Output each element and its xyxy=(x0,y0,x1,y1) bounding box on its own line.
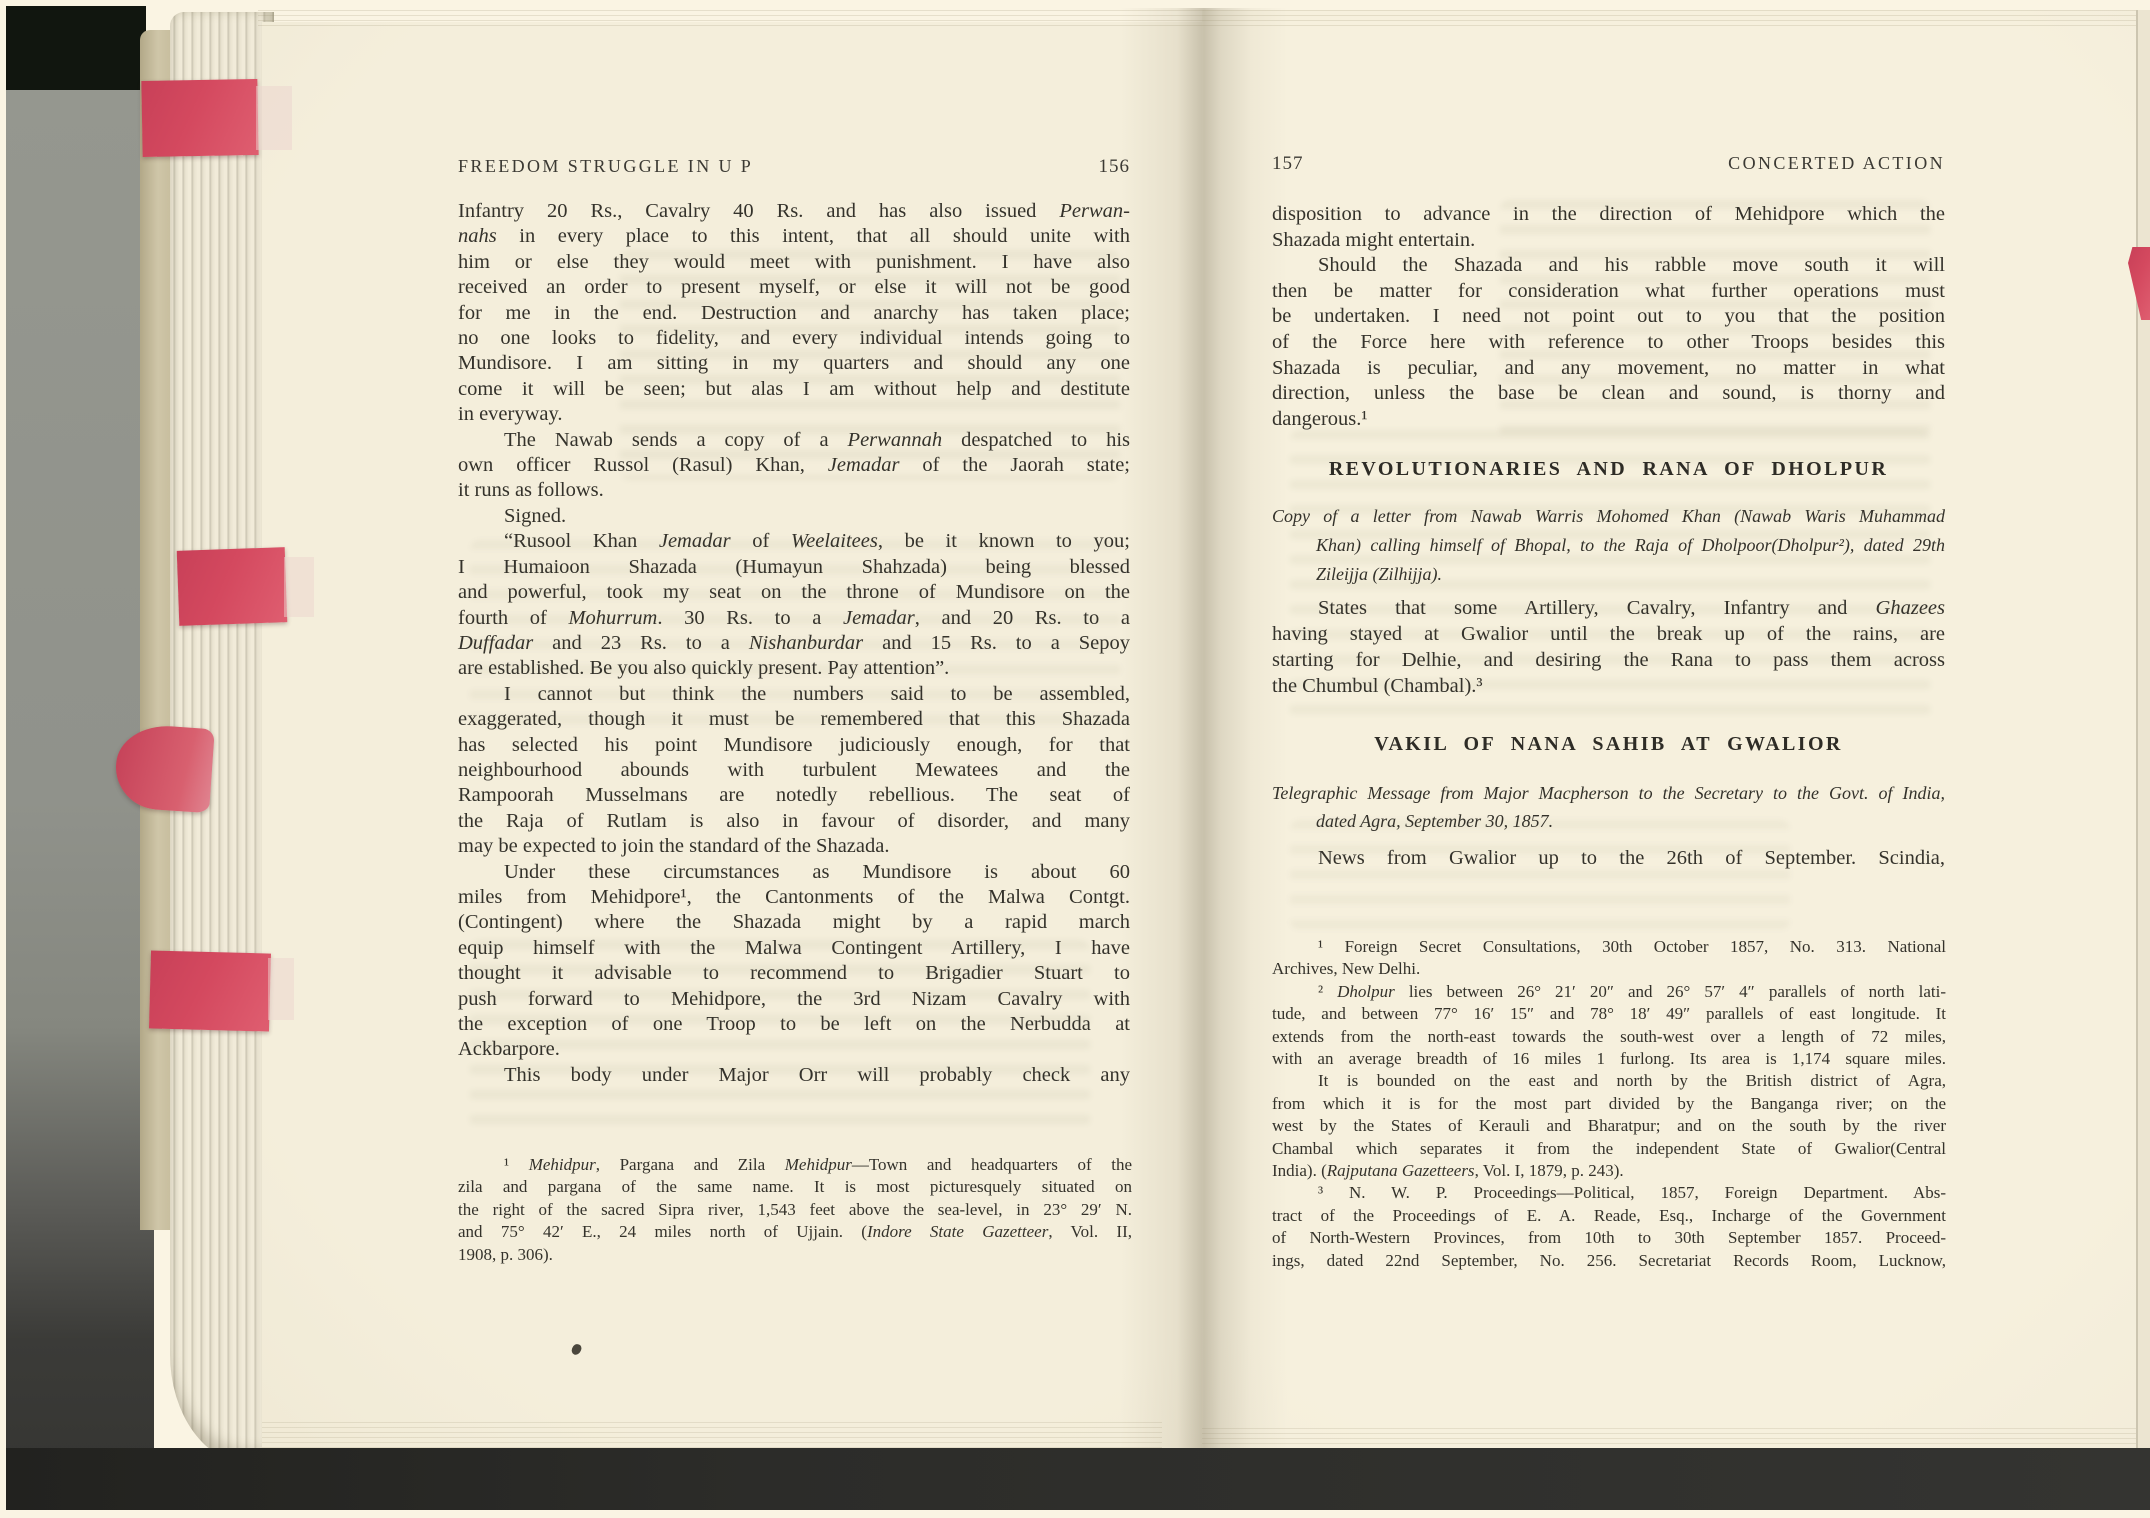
left-page-body-text: Infantry 20 Rs., Cavalry 40 Rs. and has … xyxy=(458,199,1130,1088)
bookmark-tab-4 xyxy=(149,950,271,1031)
bookmark-tab-1 xyxy=(141,79,258,157)
bookmark-tab-1-tail xyxy=(256,86,292,150)
bookmark-tab-2 xyxy=(177,547,288,626)
scanner-black-corner xyxy=(6,6,146,94)
right-page-outer-edge xyxy=(2136,10,2150,1458)
running-head-right: CONCERTED ACTION xyxy=(1728,153,1945,174)
page-bottom-edges-left xyxy=(262,1418,1162,1448)
page-bottom-edges-right xyxy=(1202,1424,2142,1450)
page-top-edges xyxy=(258,10,2142,28)
page-gutter-shadow xyxy=(1120,8,1288,1454)
left-page-header: FREEDOM STRUGGLE IN U P 156 xyxy=(458,156,1130,178)
page-number-left: 156 xyxy=(1099,156,1131,178)
book-scan: FREEDOM STRUGGLE IN U P 156 Infantry 20 … xyxy=(0,0,2150,1518)
right-page-body-text: disposition to advance in the direction … xyxy=(1272,202,1945,432)
citation-telegraphic-message: Telegraphic Message from Major Macpherso… xyxy=(1272,779,1945,835)
bookmark-tab-4-tail xyxy=(268,958,294,1020)
section-heading-revolutionaries: REVOLUTIONARIES AND RANA OF DHOLPUR xyxy=(1272,458,1945,481)
show-through-text xyxy=(1290,820,1790,930)
right-page-body-text-3: News from Gwalior up to the 26th of Sept… xyxy=(1272,845,1945,871)
left-page-footnote: ¹ Mehidpur, Pargana and Zila Mehidpur—To… xyxy=(458,1154,1132,1266)
right-page-footnote: ¹ Foreign Secret Consultations, 30th Oct… xyxy=(1272,936,1946,1272)
bookmark-tab-2-tail xyxy=(284,557,314,617)
right-page-header: 157 CONCERTED ACTION xyxy=(1272,153,1945,175)
running-head-left: FREEDOM STRUGGLE IN U P xyxy=(458,156,753,177)
right-page-body-text-2: States that some Artillery, Cavalry, Inf… xyxy=(1272,595,1945,699)
section-heading-vakil: VAKIL OF NANA SAHIB AT GWALIOR xyxy=(1272,733,1945,756)
scanner-shadow-bottom xyxy=(6,1448,2150,1510)
citation-dholpur-letter: Copy of a letter from Nawab Warris Mohom… xyxy=(1272,502,1945,589)
page-number-right: 157 xyxy=(1272,153,1304,175)
